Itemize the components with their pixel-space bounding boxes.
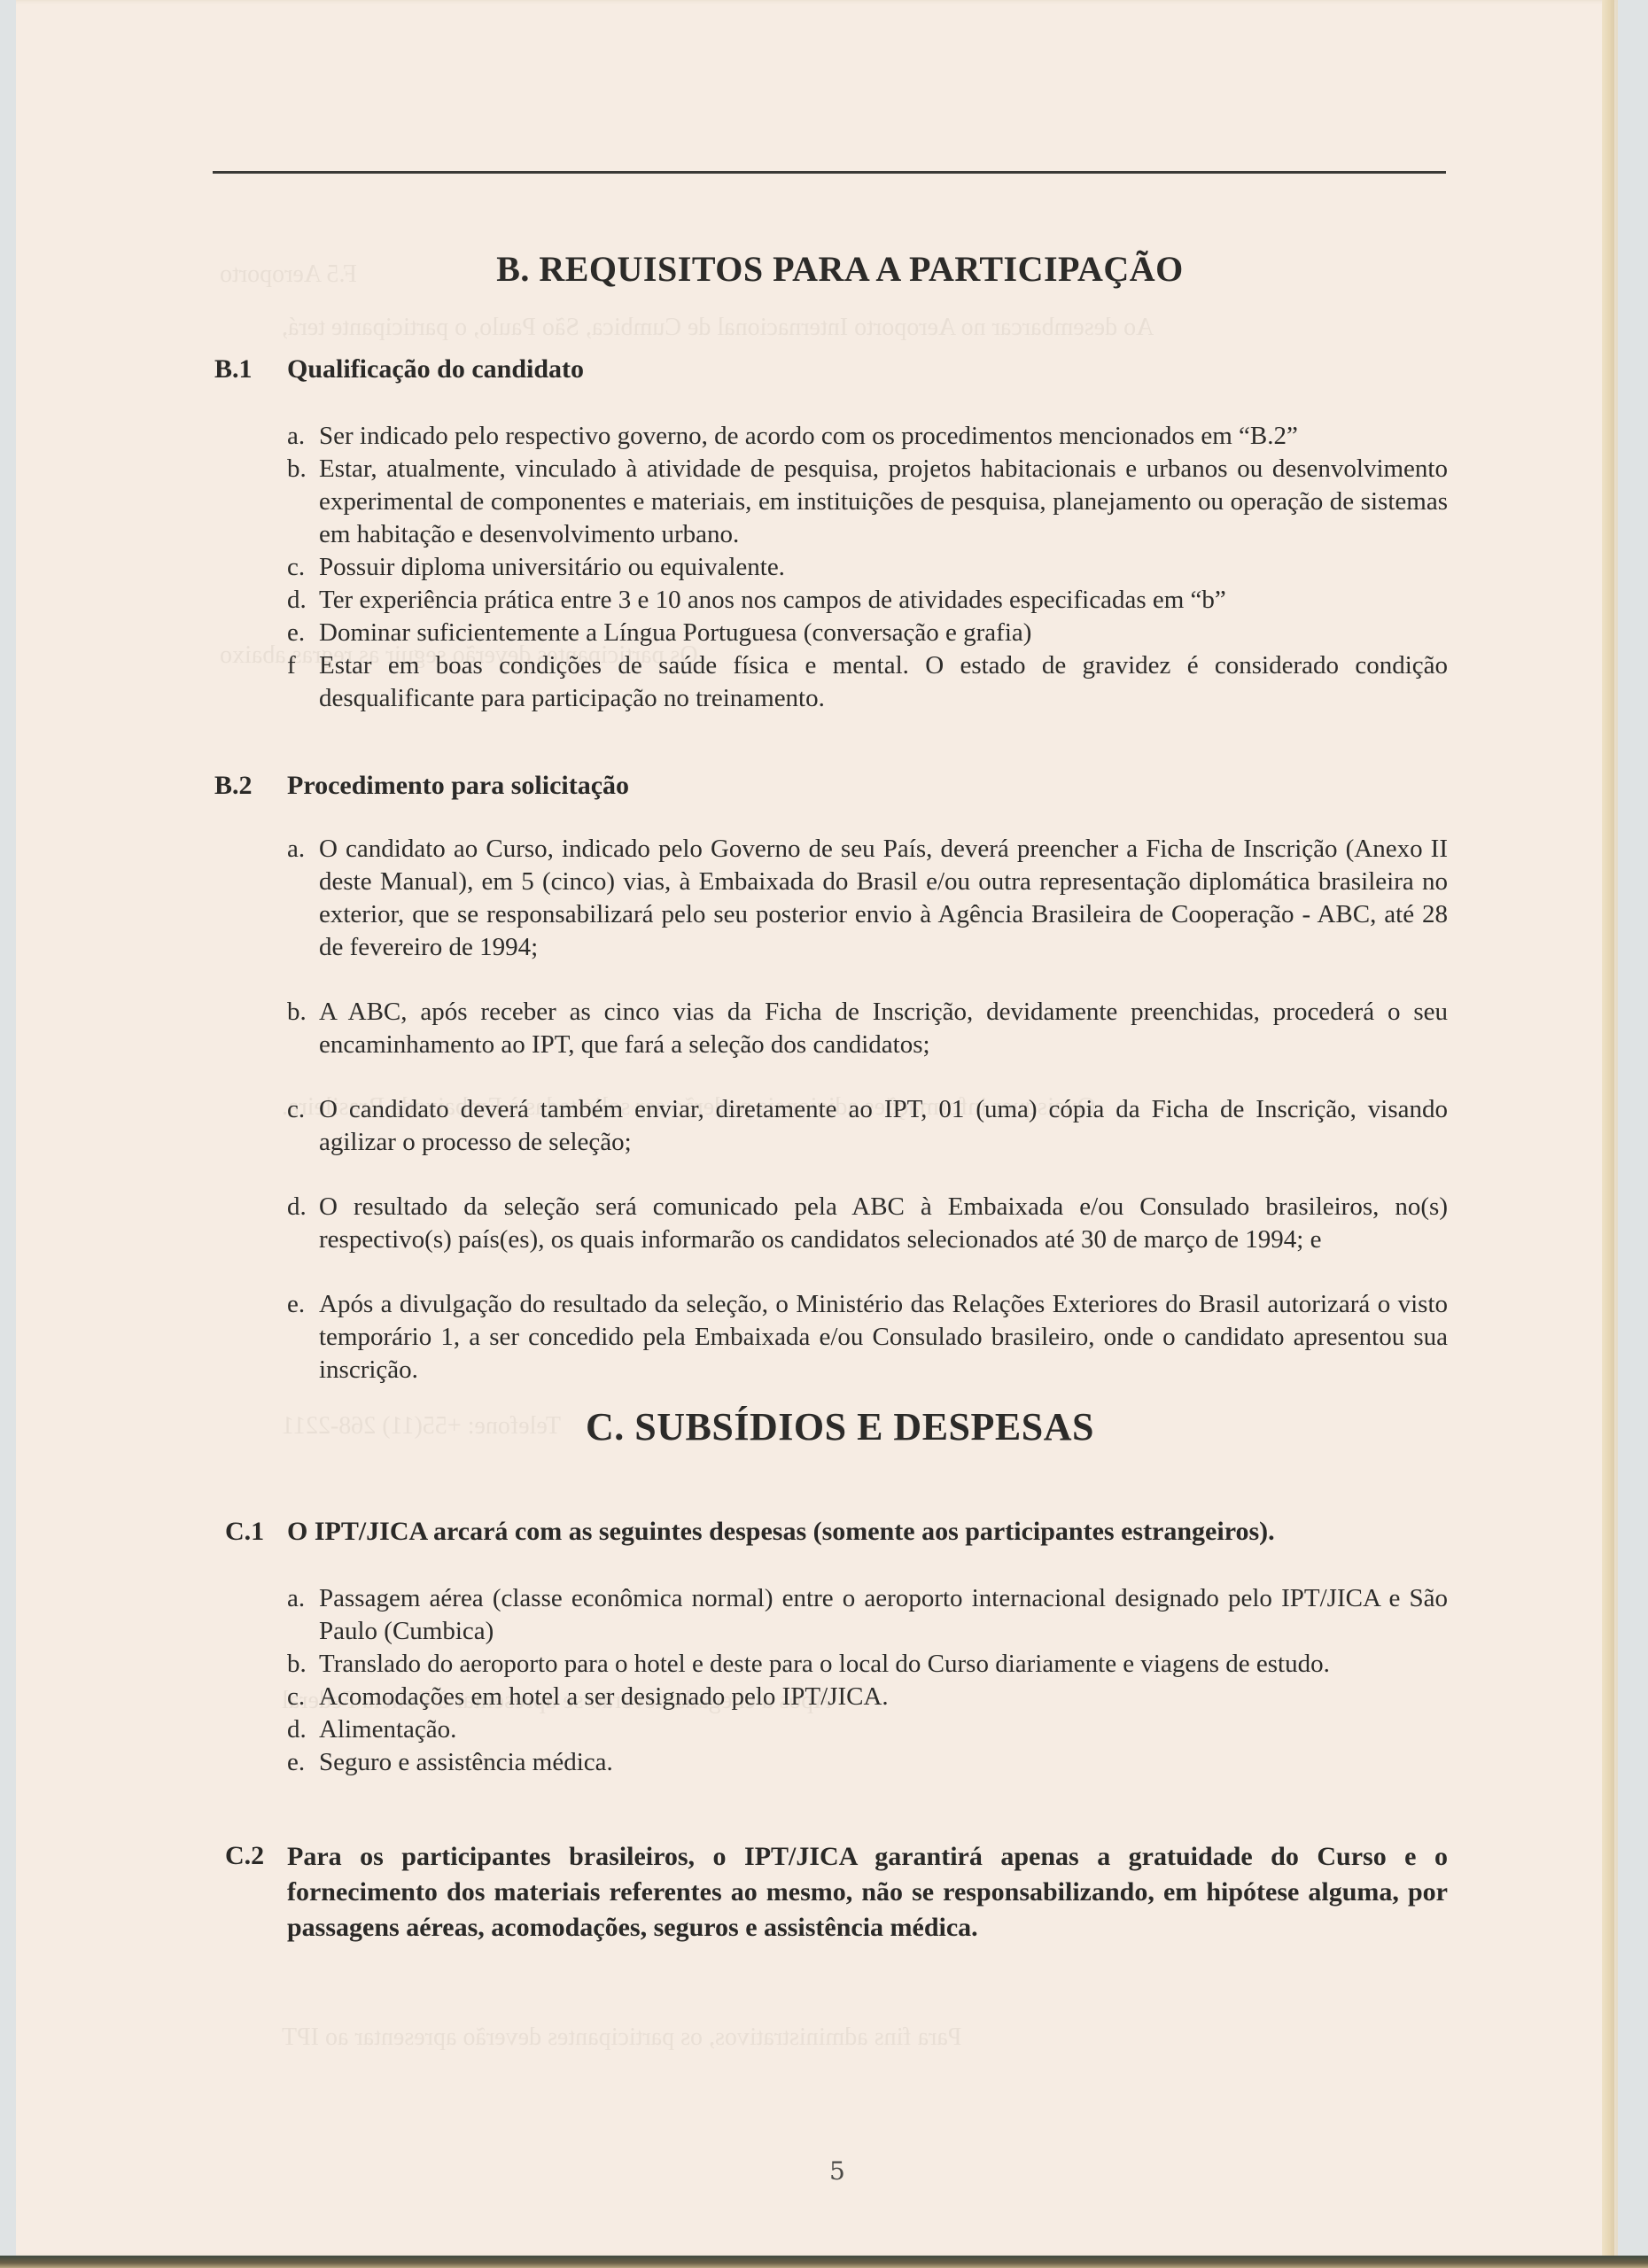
bleed-through-text: Para fins administrativos, os participan… (282, 2020, 961, 2055)
c2-number: C.2 (225, 1841, 264, 1871)
b1-heading: B.1Qualificação do candidato (214, 354, 584, 384)
section-b-title: B. REQUISITOS PARA A PARTICIPAÇÃO (16, 248, 1648, 290)
b2-number: B.2 (214, 771, 287, 801)
document-page: F.5 Aeroporto Ao desembarcar no Aeroport… (16, 0, 1618, 2257)
list-item: fEstar em boas condições de saúde física… (287, 649, 1448, 715)
section-c-title: C. SUBSÍDIOS E DESPESAS (16, 1404, 1648, 1449)
list-item: b.A ABC, após receber as cinco vias da F… (287, 996, 1448, 1061)
list-item: d.Alimentação. (287, 1713, 1448, 1746)
b2-list: a.O candidato ao Curso, indicado pelo Go… (287, 833, 1448, 1418)
b1-list: a.Ser indicado pelo respectivo governo, … (287, 420, 1448, 715)
c1-heading-text: O IPT/JICA arcará com as seguintes despe… (287, 1517, 1275, 1546)
page-bottom-shadow (0, 2256, 1648, 2268)
b2-heading-text: Procedimento para solicitação (287, 771, 629, 800)
c1-list: a.Passagem aérea (classe econômica norma… (287, 1582, 1448, 1779)
list-item: d.Ter experiência prática entre 3 e 10 a… (287, 584, 1448, 617)
b2-heading: B.2Procedimento para solicitação (214, 771, 629, 801)
page-number: 5 (829, 2156, 845, 2186)
list-item: e.Após a divulgação do resultado da sele… (287, 1288, 1448, 1386)
bleed-through-text: Ao desembarcar no Aeroporto Internaciona… (282, 310, 1154, 346)
list-item: c.Possuir diploma universitário ou equiv… (287, 551, 1448, 584)
c1-number: C.1 (225, 1517, 287, 1547)
list-item: b.Translado do aeroporto para o hotel e … (287, 1648, 1448, 1681)
list-item: c.O candidato deverá também enviar, dire… (287, 1093, 1448, 1159)
list-item: b.Estar, atualmente, vinculado à ativida… (287, 453, 1448, 551)
c1-heading: C.1O IPT/JICA arcará com as seguintes de… (225, 1517, 1465, 1547)
list-item: a.O candidato ao Curso, indicado pelo Go… (287, 833, 1448, 964)
list-item: e.Dominar suficientemente a Língua Portu… (287, 617, 1448, 649)
header-rule (213, 171, 1446, 174)
list-item: e.Seguro e assistência médica. (287, 1746, 1448, 1779)
b1-number: B.1 (214, 354, 287, 384)
list-item: d.O resultado da seleção será comunicado… (287, 1191, 1448, 1256)
b1-heading-text: Qualificação do candidato (287, 354, 584, 384)
c2-paragraph: Para os participantes brasileiros, o IPT… (287, 1839, 1448, 1946)
page-edge (1602, 0, 1614, 2257)
list-item: c.Acomodações em hotel a ser designado p… (287, 1681, 1448, 1713)
list-item: a.Passagem aérea (classe econômica norma… (287, 1582, 1448, 1648)
list-item: a.Ser indicado pelo respectivo governo, … (287, 420, 1448, 453)
